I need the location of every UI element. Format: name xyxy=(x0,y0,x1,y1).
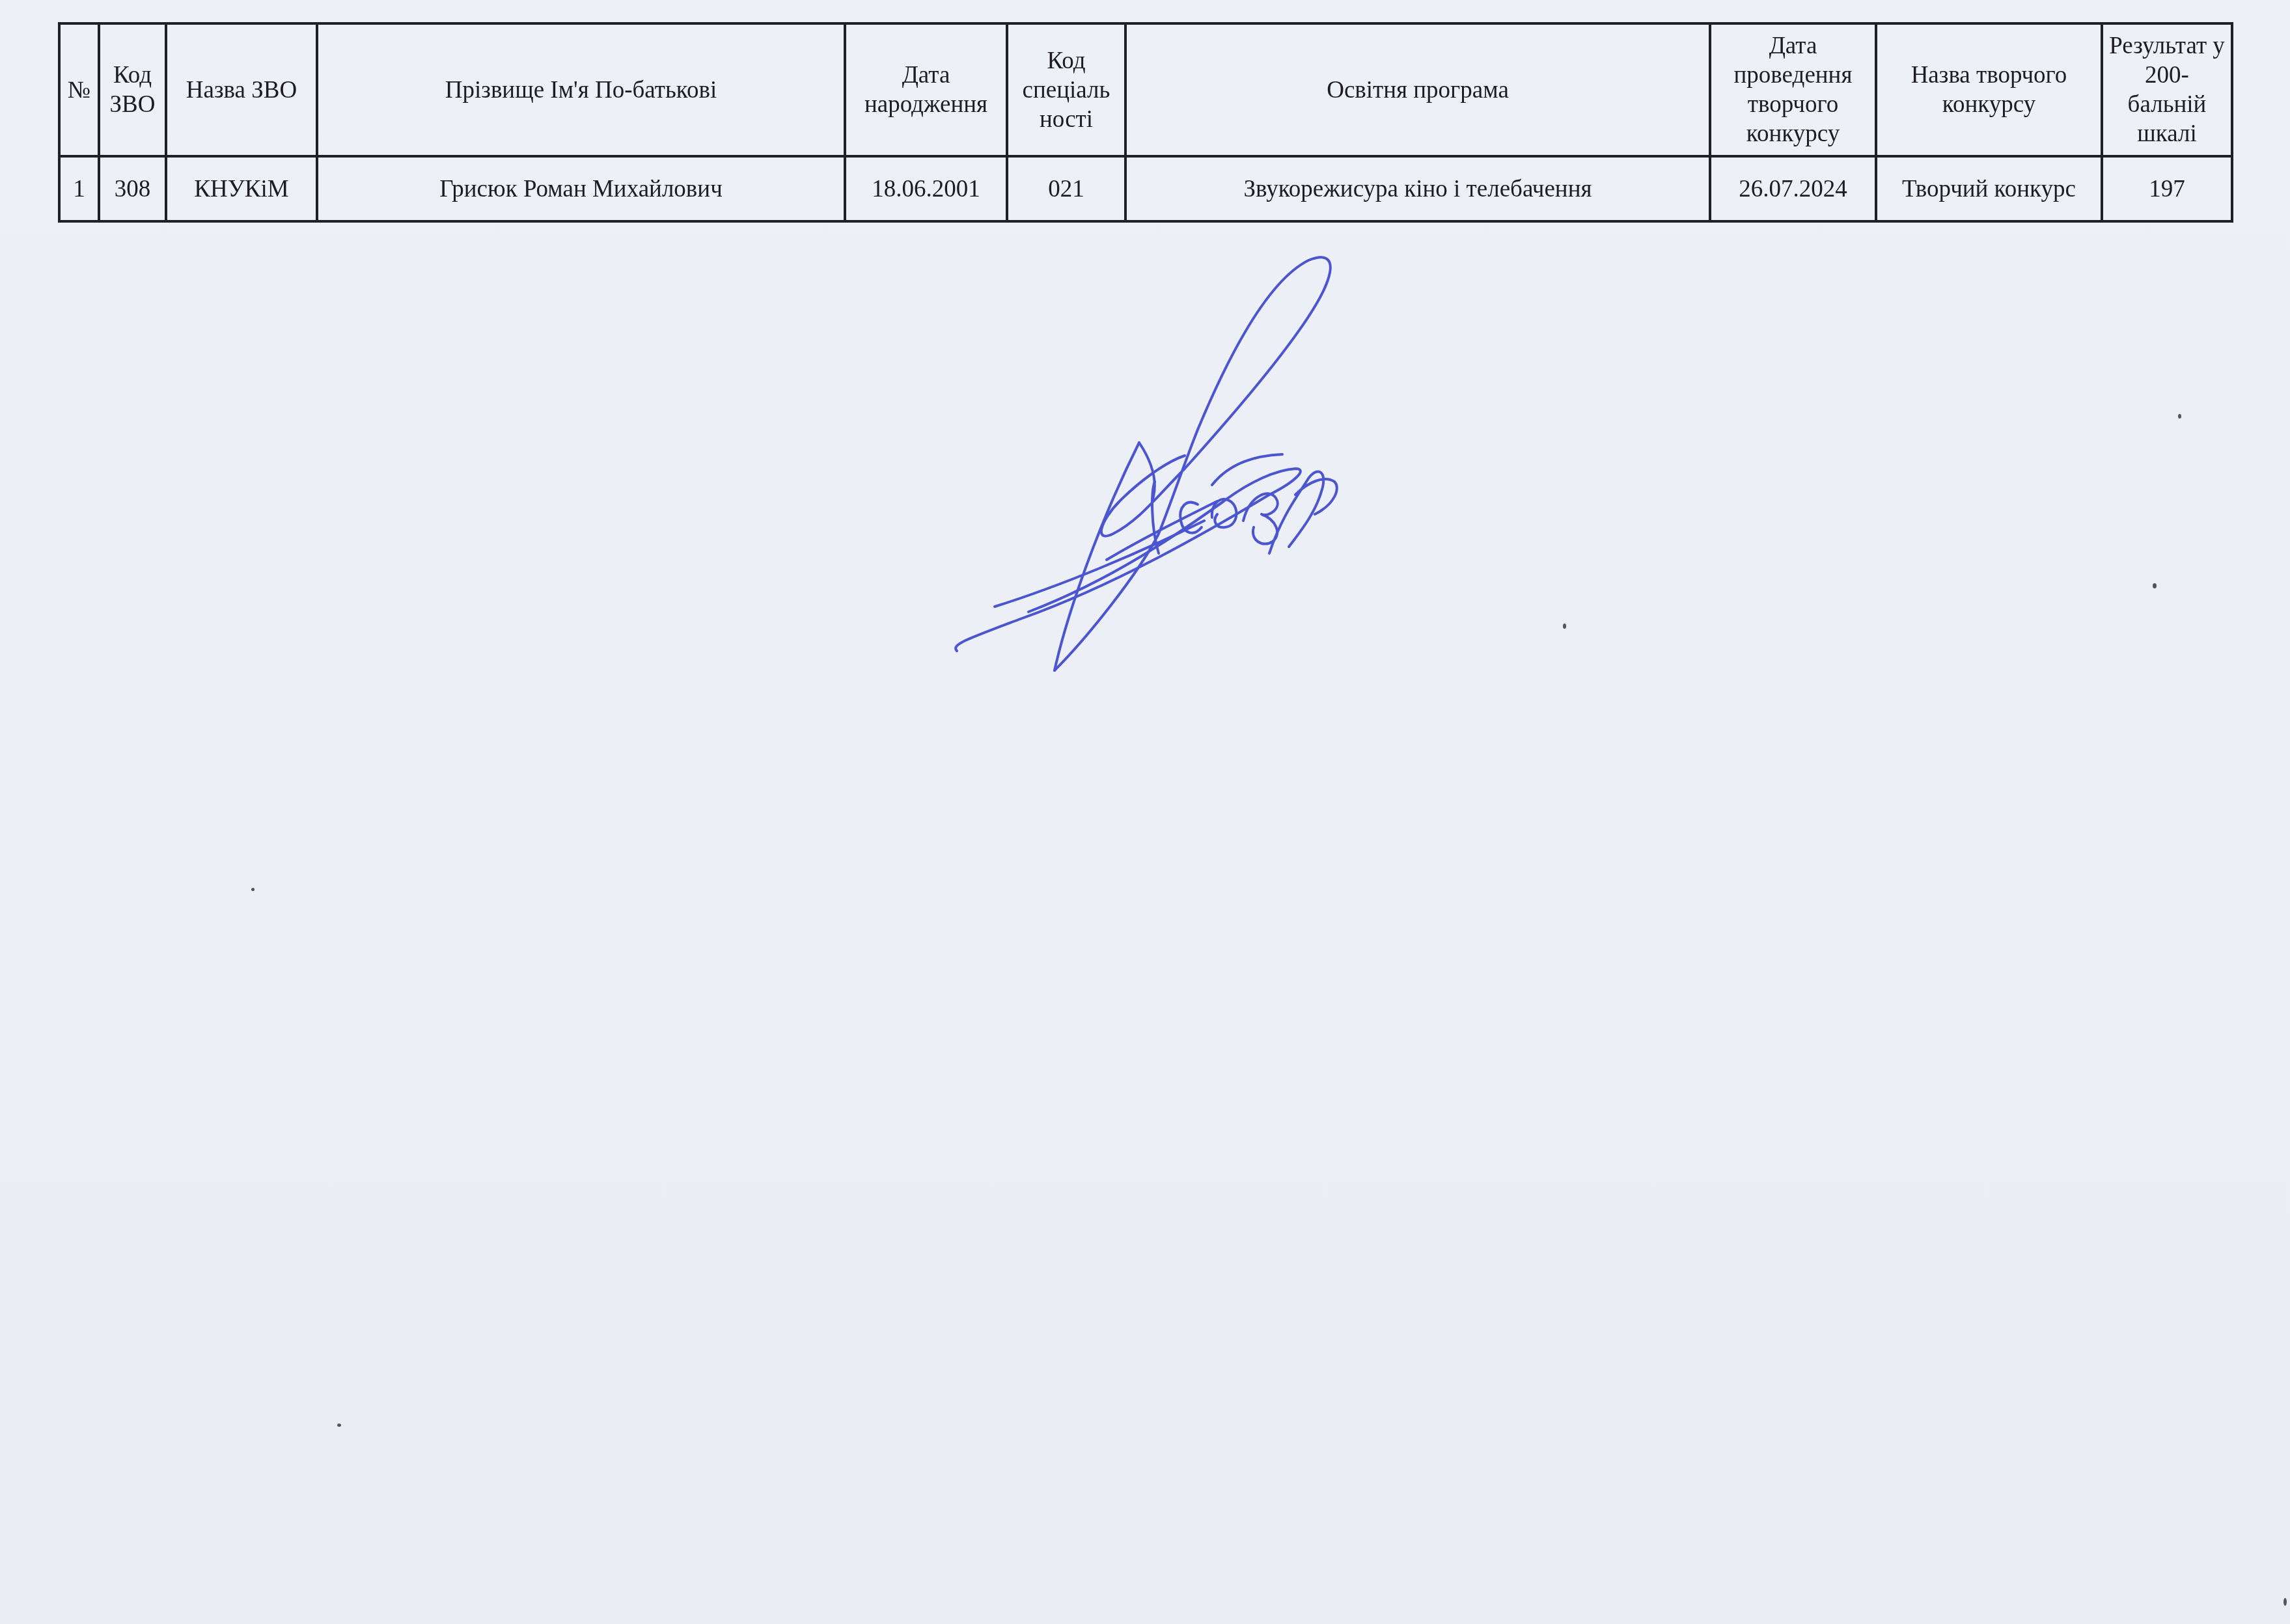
header-number: № xyxy=(59,23,99,156)
header-row: № Код ЗВО Назва ЗВО Прізвище Ім'я По-бат… xyxy=(59,23,2232,156)
header-contest-date: Дата проведення творчого конкурсу xyxy=(1710,23,1876,156)
table-row: 1 308 КНУКіМ Грисюк Роман Михайлович 18.… xyxy=(59,156,2232,221)
scan-speck xyxy=(2178,414,2181,419)
cell-number: 1 xyxy=(59,156,99,221)
cell-program: Звукорежисура кіно і телебачення xyxy=(1125,156,1710,221)
cell-birth-date: 18.06.2001 xyxy=(845,156,1007,221)
scan-speck xyxy=(337,1424,341,1427)
cell-contest-name: Творчий конкурс xyxy=(1876,156,2102,221)
header-program: Освітня програма xyxy=(1125,23,1710,156)
cell-result: 197 xyxy=(2102,156,2232,221)
scanned-page: № Код ЗВО Назва ЗВО Прізвище Ім'я По-бат… xyxy=(0,0,2290,1624)
cell-full-name: Грисюк Роман Михайлович xyxy=(317,156,845,221)
scan-speck xyxy=(1563,624,1566,629)
results-table: № Код ЗВО Назва ЗВО Прізвище Ім'я По-бат… xyxy=(58,22,2233,223)
signature-icon xyxy=(944,247,2018,716)
cell-specialty-code: 021 xyxy=(1007,156,1125,221)
scan-speck xyxy=(2283,1598,2287,1606)
header-birth-date: Дата народження xyxy=(845,23,1007,156)
cell-contest-date: 26.07.2024 xyxy=(1710,156,1876,221)
cell-institution-name: КНУКіМ xyxy=(166,156,317,221)
header-contest-name: Назва творчого конкурсу xyxy=(1876,23,2102,156)
scan-speck xyxy=(251,888,255,891)
header-result: Результат у 200-бальній шкалі xyxy=(2102,23,2232,156)
header-institution-code: Код ЗВО xyxy=(99,23,166,156)
header-full-name: Прізвище Ім'я По-батькові xyxy=(317,23,845,156)
scan-speck xyxy=(2153,583,2157,588)
header-specialty-code: Код спеціаль ності xyxy=(1007,23,1125,156)
cell-institution-code: 308 xyxy=(99,156,166,221)
header-institution-name: Назва ЗВО xyxy=(166,23,317,156)
